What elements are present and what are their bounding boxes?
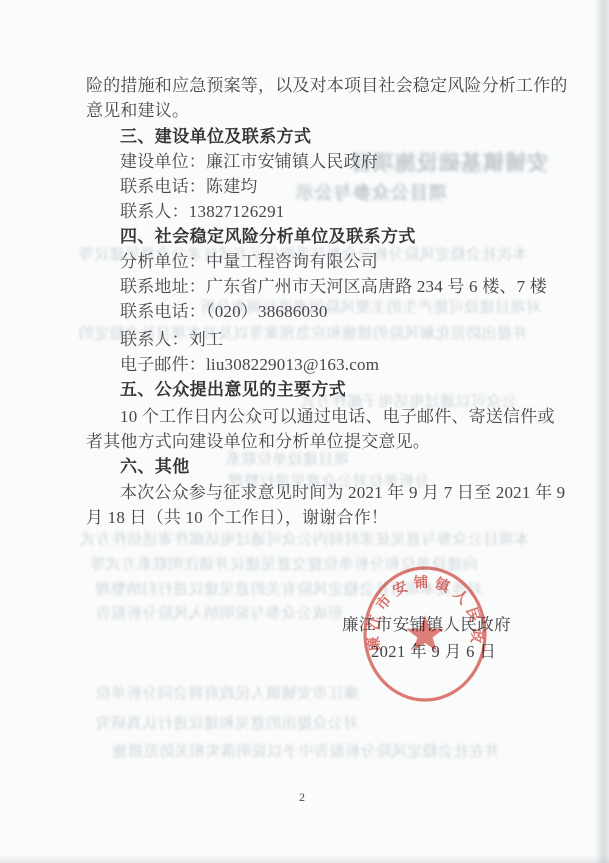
bleedthrough-line: 并在社会稳定风险分析报告中予以说明落实相关防范措施 (112, 740, 500, 761)
bleedthrough-line: 形成公众参与说明纳入风险分析报告 (95, 602, 343, 623)
page-edge-shadow-right (595, 0, 609, 863)
bleedthrough-line: 廉江市安铺镇人民政府将会同分析单位 (95, 682, 359, 703)
body-line: 险的措施和应急预案等，以及对本项目社会稳定风险分析工作的 (86, 76, 568, 96)
body-line: 电子邮件：liu308229013@163.com (86, 355, 379, 375)
section-heading: 六、其他 (86, 457, 190, 477)
body-line: 分析单位：中量工程咨询有限公司 (86, 252, 378, 272)
section-heading: 三、建设单位及联系方式 (86, 127, 311, 147)
body-line: 联系电话：（020）38686030 (86, 302, 328, 322)
body-line: 者其他方式向建设单位和分析单位提交意见。 (86, 432, 430, 452)
seal-star-icon (406, 615, 444, 651)
body-line: 联系人：刘工 (86, 330, 223, 350)
body-line: 月 18 日（共 10 个工作日），谢谢合作！ (86, 508, 388, 528)
body-line: 联系人：13827126291 (86, 202, 285, 222)
body-line: 联系地址：广东省广州市天河区高唐路 234 号 6 楼、7 楼 (86, 277, 547, 297)
body-line: 建设单位：廉江市安铺镇人民政府 (86, 152, 378, 172)
body-line: 意见和建议。 (86, 101, 189, 121)
body-line: 联系电话：陈建均 (86, 177, 258, 197)
body-line: 10 个工作日内公众可以通过电话、电子邮件、寄送信件或 (86, 407, 555, 427)
section-heading: 五、公众提出意见的主要方式 (86, 380, 346, 400)
scanned-document-page: 安铺镇基础设施项目 项目公众参与公示 本次社会稳定风险分析公众参与采取公示方式征… (0, 0, 609, 863)
page-edge-shadow-bottom (0, 855, 609, 863)
page-number: 2 (299, 790, 305, 805)
bleedthrough-title: 项目公众参与公示 (295, 179, 447, 205)
bleedthrough-line: 本项目公众参与意见征求时间内公众可通过电话邮件寄送信件方式 (80, 528, 530, 549)
bleedthrough-line: 对公众提出的意见和建议进行认真研究 (95, 712, 359, 733)
body-line: 本次公众参与征求意见时间为 2021 年 9 月 7 日至 2021 年 9 (86, 483, 565, 503)
bleedthrough-title: 安铺镇基础设施项目 (350, 147, 548, 177)
section-heading: 四、社会稳定风险分析单位及联系方式 (86, 227, 416, 247)
official-seal: 廉江市安铺镇人民政府 (359, 563, 491, 705)
